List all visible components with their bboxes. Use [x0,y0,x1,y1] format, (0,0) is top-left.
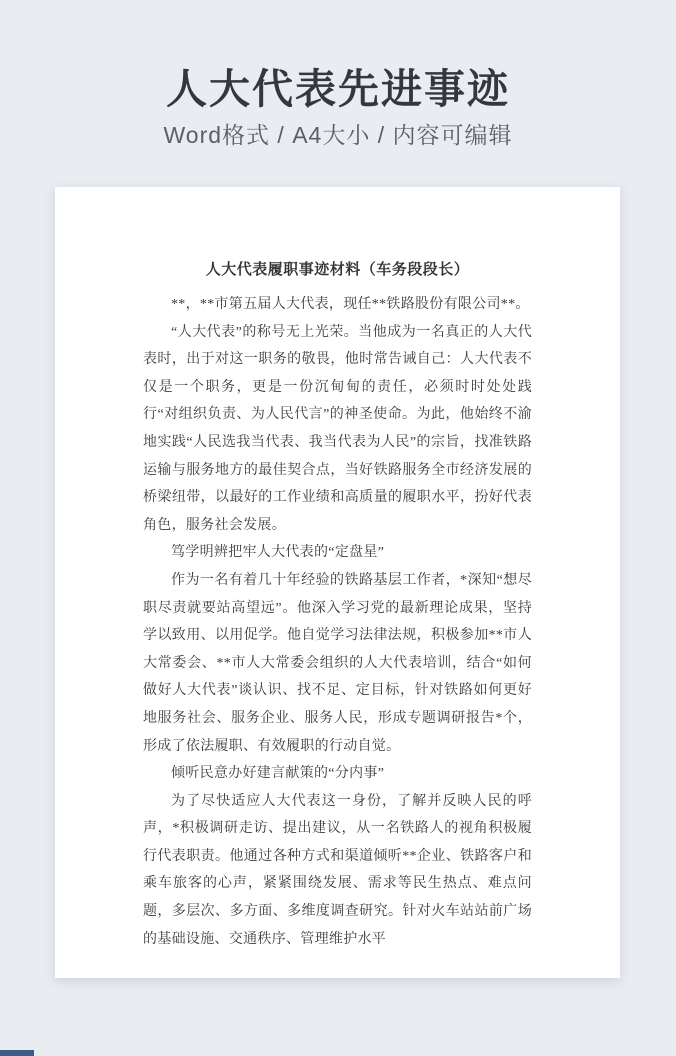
document-title: 人大代表履职事迹材料（车务段段长） [143,262,532,279]
document-body: **，**市第五届人大代表，现任**铁路股份有限公司**。 “人大代表”的称号无… [143,291,532,953]
template-title: 人大代表先进事迹 [0,0,676,112]
document-subheading: 笃学明辨把牢人大代表的“定盘星” [143,539,532,567]
document-page-preview: 人大代表履职事迹材料（车务段段长） **，**市第五届人大代表，现任**铁路股份… [55,187,620,978]
document-paragraph: 为了尽快适应人大代表这一身份，了解并反映人民的呼声，*积极调研走访、提出建议，从… [143,788,532,954]
document-paragraph: 作为一名有着几十年经验的铁路基层工作者，*深知“想尽职尽责就要站高望远”。他深入… [143,567,532,760]
template-header: 人大代表先进事迹 Word格式 / A4大小 / 内容可编辑 [0,0,676,149]
document-paragraph: “人大代表”的称号无上光荣。当他成为一名真正的人大代表时，出于对这一职务的敬畏，… [143,319,532,540]
document-intro-paragraph: **，**市第五届人大代表，现任**铁路股份有限公司**。 [143,291,532,319]
next-card-peek-strip [0,1050,34,1056]
template-format-subtitle: Word格式 / A4大小 / 内容可编辑 [0,121,676,149]
document-subheading: 倾听民意办好建言献策的“分内事” [143,760,532,788]
